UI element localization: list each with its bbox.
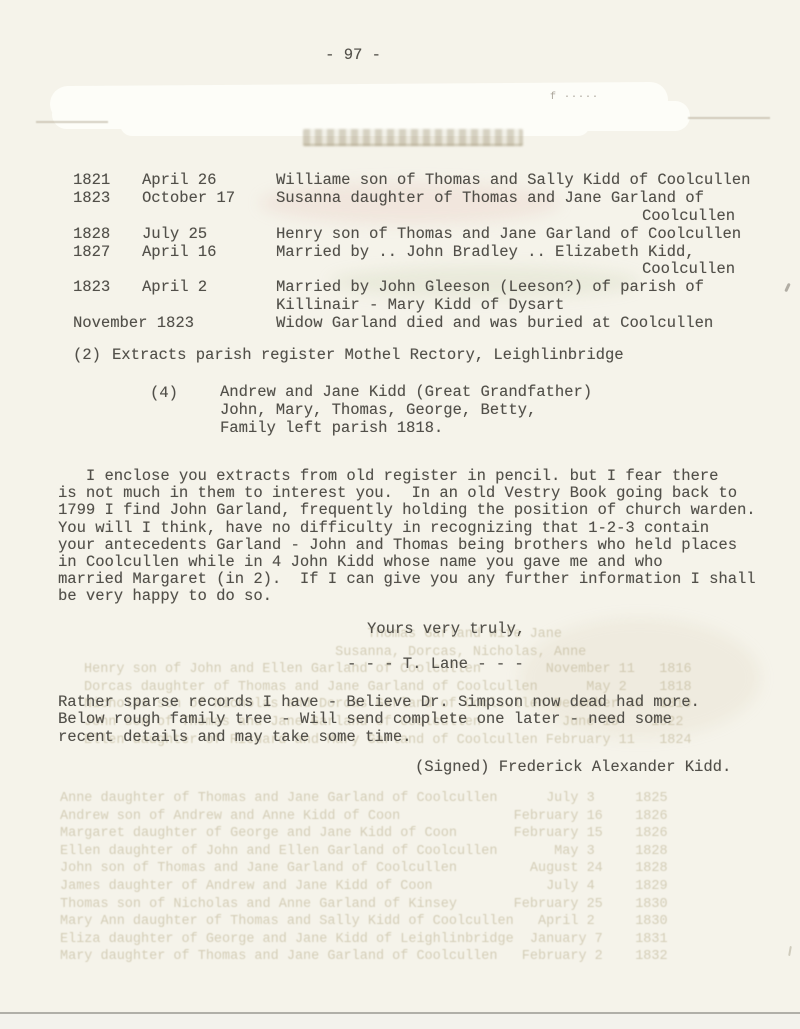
register-year xyxy=(73,297,142,315)
bleedthrough-line: Ellen daughter of John and Ellen Garland… xyxy=(60,843,668,861)
bleedthrough-line: Mary Ann daughter of Thomas and Sally Ki… xyxy=(60,913,668,931)
register-year: November 1823 xyxy=(73,315,142,333)
section-4-lines: Andrew and Jane Kidd (Great Grandfather)… xyxy=(220,384,592,438)
letter-body-line: 1799 I find John Garland, frequently hol… xyxy=(58,502,778,519)
letter-signature: - - - T. Lane - - - xyxy=(347,655,524,673)
register-year: 1823 xyxy=(73,279,142,297)
register-entry: Coolcullen xyxy=(642,261,770,279)
bleedthrough-line: Margaret daughter of George and Jane Kid… xyxy=(60,825,668,843)
section-2-label: (2) xyxy=(73,346,112,364)
smudge-dash xyxy=(688,117,770,119)
bleedthrough-line: John son of Thomas and Jane Garland of C… xyxy=(60,860,668,878)
postscript-line: Below rough family tree - Will send comp… xyxy=(58,711,778,728)
postscript-notes: Rather sparse records I have - Believe D… xyxy=(58,694,778,746)
register-date: July 25 xyxy=(142,226,276,244)
register-entry: Williame son of Thomas and Sally Kidd of… xyxy=(276,172,770,190)
letter-body-line: in Coolcullen while in 4 John Kidd whose… xyxy=(58,554,778,571)
stray-typed-mark: f ····· xyxy=(550,92,599,103)
section-4-line: John, Mary, Thomas, George, Betty, xyxy=(220,402,592,420)
obscured-heading-ghost xyxy=(303,129,523,146)
letter-closing: Yours very truly, xyxy=(367,620,525,638)
register-entry: Married by .. John Bradley .. Elizabeth … xyxy=(276,244,770,262)
register-year xyxy=(73,261,142,279)
letter-body-line: be very happy to do so. xyxy=(58,588,778,605)
register-date: April 2 xyxy=(142,279,276,297)
margin-tick-mark xyxy=(788,946,792,956)
page-number: - 97 - xyxy=(298,46,408,64)
register-date: April 26 xyxy=(142,172,276,190)
register-row: Coolcullen xyxy=(73,208,770,226)
register-row: November 1823 Widow Garland died and was… xyxy=(73,315,770,333)
margin-tick-mark xyxy=(784,283,791,292)
register-row: 1821 April 26 Williame son of Thomas and… xyxy=(73,172,770,190)
letter-body-line: your antecedents Garland - John and Thom… xyxy=(58,537,778,554)
smudge-dash xyxy=(36,121,108,123)
postscript-line: Rather sparse records I have - Believe D… xyxy=(58,694,778,711)
register-row: 1828 July 25 Henry son of Thomas and Jan… xyxy=(73,226,770,244)
register-entry: Widow Garland died and was buried at Coo… xyxy=(276,315,770,333)
letter-body-line: You will I think, have no difficulty in … xyxy=(58,520,778,537)
register-year: 1823 xyxy=(73,190,142,208)
section-4-line: Family left parish 1818. xyxy=(220,420,592,438)
register-date xyxy=(142,208,276,226)
register-extract-list: 1821 April 26 Williame son of Thomas and… xyxy=(73,172,770,333)
letter-body-line: I enclose you extracts from old register… xyxy=(58,468,778,485)
scanned-letter-page: Thomas Garland wife Jane Susanna, Dorcas… xyxy=(0,0,800,1029)
bleedthrough-text-lower: Anne daughter of Thomas and Jane Garland… xyxy=(60,790,668,966)
register-entry: Married by John Gleeson (Leeson?) of par… xyxy=(276,279,770,297)
section-2: (2) Extracts parish register Mothel Rect… xyxy=(73,346,624,364)
register-year: 1821 xyxy=(73,172,142,190)
bleedthrough-line: Andrew son of Andrew and Anne Kidd of Co… xyxy=(60,808,668,826)
register-entry: Killinair - Mary Kidd of Dysart xyxy=(276,297,770,315)
bleedthrough-line: Anne daughter of Thomas and Jane Garland… xyxy=(60,790,668,808)
bleedthrough-line: Eliza daughter of George and Jane Kidd o… xyxy=(60,931,668,949)
postscript-line: recent details and may take some time. xyxy=(58,729,778,746)
register-entry: Henry son of Thomas and Jane Garland of … xyxy=(276,226,770,244)
letter-body: I enclose you extracts from old register… xyxy=(58,468,778,606)
register-date xyxy=(142,261,276,279)
register-row: Coolcullen xyxy=(73,261,770,279)
letter-body-line: married Margaret (in 2). If I can give y… xyxy=(58,571,778,588)
register-year: 1827 xyxy=(73,244,142,262)
register-year xyxy=(73,208,142,226)
register-row: 1823 April 2 Married by John Gleeson (Le… xyxy=(73,279,770,297)
section-4-label: (4) xyxy=(150,384,220,438)
register-row: 1827 April 16 Married by .. John Bradley… xyxy=(73,244,770,262)
register-row: 1823 October 17 Susanna daughter of Thom… xyxy=(73,190,770,208)
bleedthrough-line: James daughter of Andrew and Jane Kidd o… xyxy=(60,878,668,896)
register-date xyxy=(142,315,276,333)
section-4-line: Andrew and Jane Kidd (Great Grandfather) xyxy=(220,384,592,402)
signed-line: (Signed) Frederick Alexander Kidd. xyxy=(415,758,731,776)
register-entry: Coolcullen xyxy=(642,208,770,226)
bleedthrough-line: Thomas son of Nicholas and Anne Garland … xyxy=(60,896,668,914)
scan-bottom-strip xyxy=(0,1014,800,1029)
register-row: Killinair - Mary Kidd of Dysart xyxy=(73,297,770,315)
section-4: (4) Andrew and Jane Kidd (Great Grandfat… xyxy=(150,384,592,438)
register-year: 1828 xyxy=(73,226,142,244)
register-date: April 16 xyxy=(142,244,276,262)
section-2-text: Extracts parish register Mothel Rectory,… xyxy=(112,346,624,364)
register-date xyxy=(142,297,276,315)
register-entry: Susanna daughter of Thomas and Jane Garl… xyxy=(276,190,770,208)
letter-body-line: is not much in them to interest you. In … xyxy=(58,485,778,502)
register-date: October 17 xyxy=(142,190,276,208)
bleedthrough-line: Mary daughter of Thomas and Jane Garland… xyxy=(60,948,668,966)
